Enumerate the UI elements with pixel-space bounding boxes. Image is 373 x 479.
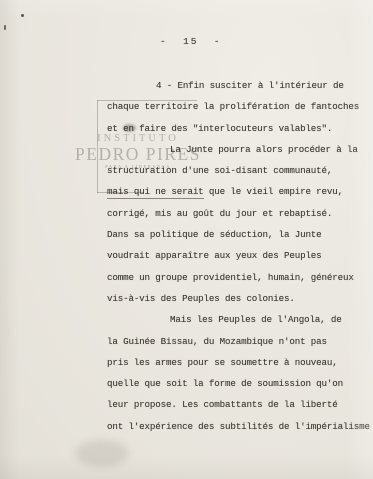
typed-line: structuration d'une soi-disant communaut…: [107, 160, 369, 181]
typed-line: Mais les Peuples de l'Angola, de: [107, 309, 369, 330]
scanned-document-page: - 15 - INSTITUTO PEDRO PIRES PARA A LIDE…: [0, 0, 373, 479]
typed-line: quelle que soit la forme de soumission q…: [107, 373, 369, 394]
paper-speck: [4, 25, 6, 30]
typed-line: chaque territoire la prolifération de fa…: [107, 96, 369, 117]
underlined-phrase: mais qui ne serait: [107, 186, 204, 199]
page-number: - 15 -: [160, 36, 222, 47]
typed-text-block: 4 - Enfin susciter à l'intérieur de chaq…: [107, 75, 369, 437]
paper-speck: [21, 14, 24, 17]
scan-smudge-artifact: [75, 440, 129, 467]
typed-line: 4 - Enfin susciter à l'intérieur de: [107, 75, 369, 96]
pencil-margin-bracket-vertical: [97, 100, 98, 193]
typed-line: Dans sa politique de séduction, la Junte: [107, 224, 369, 245]
typed-line: pris les armes pour se soumettre à nouve…: [107, 352, 369, 373]
typed-line: la Guinée Bissau, du Mozambique n'ont pa…: [107, 331, 369, 352]
typed-line: ont l'expérience des subtilités de l'imp…: [107, 416, 369, 437]
typed-line: corrigé, mis au goût du jour et rebaptis…: [107, 203, 369, 224]
typed-line: mais qui ne serait que le vieil empire r…: [107, 181, 369, 202]
typed-line-rest: que le vieil empire revu,: [204, 186, 343, 197]
typed-line: La Junte pourra alors procéder à la: [107, 139, 369, 160]
typed-line: voudrait apparaître aux yeux des Peuples: [107, 245, 369, 266]
typed-line: leur propose. Les combattants de la libe…: [107, 394, 369, 415]
typed-line: comme un groupe providentiel, humain, gé…: [107, 267, 369, 288]
typed-line: vis-à-vis des Peuples des colonies.: [107, 288, 369, 309]
typed-line: et en faire des "interlocuteurs valables…: [107, 118, 369, 139]
